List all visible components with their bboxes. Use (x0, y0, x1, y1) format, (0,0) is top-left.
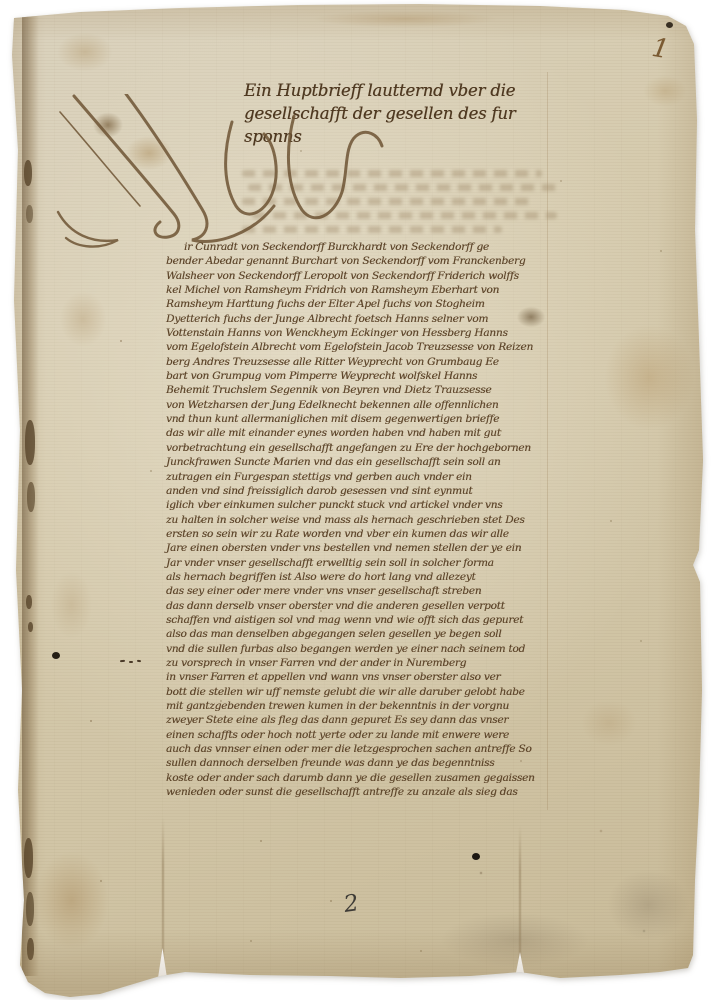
body-text-line: ersten so sein wir zu Rate worden vnd vb… (166, 527, 550, 541)
stain (572, 692, 646, 754)
show-through-text (242, 170, 562, 240)
smudge (420, 905, 610, 975)
pencil-archive-number: 2 (342, 890, 360, 918)
body-text-line: Dyetterich fuchs der Junge Albrecht foet… (166, 312, 550, 326)
body-text-line: das wir alle mit einander eynes worden h… (166, 426, 550, 440)
body-text-line: vnd thun kunt allermaniglichen mit disem… (166, 412, 550, 426)
body-text-line: auch das vnnser einen oder mer die letzg… (166, 742, 550, 756)
binding-stain (27, 938, 34, 960)
heading-line: Ein Huptbrieff lautternd vber die (244, 79, 574, 102)
body-text-line: Jar vnder vnser gesellschafft erwelltig … (166, 556, 550, 570)
body-text-line: von Wetzharsen der Jung Edelknecht beken… (166, 398, 550, 412)
binding-stain (26, 892, 34, 926)
parchment-sheet-wrapper: Ein Huptbrieff lautternd vber diegesells… (0, 0, 717, 1000)
body-text-line: das dann derselb vnser oberster vnd die … (166, 599, 550, 613)
body-text-line: vom Egelofstein Albrecht vom Egelofstein… (166, 340, 550, 354)
body-text-line: Ramsheym Harttung fuchs der Elter Apel f… (166, 297, 550, 311)
stain (52, 282, 114, 356)
heading-line: gesellschafft der gesellen des fur (244, 102, 574, 125)
ink-dash-mark (120, 660, 125, 663)
body-text-line: ir Cunradt von Seckendorff Burckhardt vo… (166, 240, 550, 254)
body-text-line: iglich vber einkumen sulcher punckt stuc… (166, 498, 550, 512)
parchment-page: Ein Huptbrieff lautternd vber diegesells… (0, 0, 717, 1000)
body-text-line: wenieden oder sunst die gesellschafft an… (166, 785, 550, 799)
stain (44, 560, 99, 650)
body-text-line: als hernach begriffen ist Also were do h… (166, 570, 550, 584)
binding-stain (28, 622, 33, 632)
body-text-line: koste oder ander sach darumb dann ye die… (166, 771, 550, 785)
edge-slit (158, 948, 167, 978)
body-text-line: bender Abedar genannt Burchart von Secke… (166, 254, 550, 268)
ink-stain (88, 108, 128, 142)
body-text-line: das sey einer oder mere vnder vns vnser … (166, 584, 550, 598)
body-text-line: Vottenstain Hanns von Wenckheym Eckinger… (166, 326, 550, 340)
body-text-line: kel Michel von Ramsheym Fridrich von Ram… (166, 283, 550, 297)
body-text-line: mit gantzgebenden trewen kumen in der be… (166, 699, 550, 713)
ink-dash-mark (129, 661, 133, 663)
worm-hole (472, 853, 480, 860)
body-text-line: anden vnd sind freissiglich darob gesess… (166, 484, 550, 498)
body-text-line: Jare einen obersten vnder vns bestellen … (166, 541, 550, 555)
folio-number: 1 (650, 33, 672, 65)
stain (118, 130, 180, 176)
stain (24, 838, 119, 963)
stain (636, 70, 694, 112)
body-text-line: Behemit Truchslem Segennik von Beyren vn… (166, 383, 550, 397)
ink-dash-mark (137, 660, 141, 663)
smudge (596, 860, 701, 950)
crease-line (519, 826, 521, 974)
binding-stain (26, 595, 32, 609)
body-text-line: zu vorsprech in vnser Farren vnd der and… (166, 656, 550, 670)
body-text-line: zutragen ein Furgespan stettigs vnd gerb… (166, 470, 550, 484)
body-text-line: schaffen vnd aistigen sol vnd mag wenn v… (166, 613, 550, 627)
binding-stain (26, 205, 33, 223)
body-text-line: zweyer Stete eine als fleg das dann gepu… (166, 713, 550, 727)
binding-stain (24, 838, 33, 878)
manuscript-heading: Ein Huptbrieff lautternd vber diegesells… (244, 79, 574, 148)
body-text-line: berg Andres Treuzsesse alle Ritter Weypr… (166, 355, 550, 369)
body-text-line: einen schaffts oder hoch nott yerte oder… (166, 728, 550, 742)
body-text-line: in vnser Farren et appellen vnd wann vns… (166, 670, 550, 684)
body-text-line: bart von Grumpug vom Pimperre Weyprecht … (166, 369, 550, 383)
body-text-line: also das man denselben abgegangen selen … (166, 627, 550, 641)
body-text-line: sullen dannoch derselben freunde was dan… (166, 756, 550, 770)
binding-stain (27, 482, 35, 512)
manuscript-scan: Ein Huptbrieff lautternd vber diegesells… (0, 0, 717, 1000)
body-text-line: bott die stellen wir uff nemste gelubt d… (166, 685, 550, 699)
stain (48, 26, 122, 78)
fly-speck-dots (0, 0, 2, 2)
body-text-line: vnd die sullen furbas also begangen werd… (166, 642, 550, 656)
charter-body-text: ir Cunradt von Seckendorff Burckhardt vo… (166, 240, 550, 799)
heading-line: sponns (244, 125, 574, 148)
body-text-line: vorbetrachtung ein gesellschafft angefan… (166, 441, 550, 455)
stain (592, 310, 707, 445)
binding-stain (25, 420, 35, 465)
body-text-line: Junckfrawen Suncte Marien vnd das ein ge… (166, 455, 550, 469)
worm-hole (52, 652, 60, 659)
stain (290, 8, 520, 30)
worm-hole (666, 22, 673, 28)
binding-stain (24, 160, 32, 186)
edge-slit (515, 952, 525, 978)
body-text-line: zu halten in solcher weise vnd mass als … (166, 513, 550, 527)
body-text-line: Walsheer von Seckendorff Leropolt von Se… (166, 269, 550, 283)
